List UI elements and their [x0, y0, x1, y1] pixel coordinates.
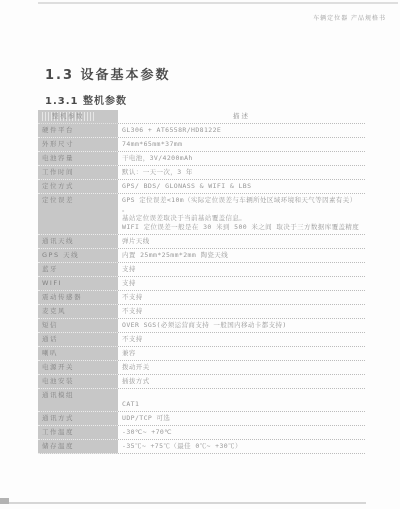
- param-label: 电池安装: [38, 375, 118, 389]
- spec-header-desc-cell: 描述: [118, 110, 365, 124]
- param-label: 喇叭: [38, 347, 118, 361]
- param-value: 拨动开关: [118, 361, 365, 375]
- param-value: GPS 定位误差<10m（实际定位误差与车辆所处区域环境和天气等因素有关）。基站…: [118, 194, 365, 235]
- spec-row: 定位误差GPS 定位误差<10m（实际定位误差与车辆所处区域环境和天气等因素有关…: [38, 194, 365, 235]
- spec-row: 外形尺寸74mm*65mm*37mm: [38, 138, 365, 152]
- spec-row: 通讯天线弹片天线: [38, 235, 365, 249]
- param-value: OVER SGS(必须运营商支持 一般国内移动卡都支持): [118, 319, 365, 333]
- spec-table-body: 硬件平台GL306 + AT6558R/HD8122E外形尺寸74mm*65mm…: [38, 124, 365, 454]
- param-label: 蓝牙: [38, 263, 118, 277]
- param-value: UDP/TCP 可选: [118, 412, 365, 426]
- param-value-line: [122, 391, 361, 400]
- param-value-line: GL306 + AT6558R/HD8122E: [122, 126, 361, 135]
- param-label: 硬件平台: [38, 124, 118, 138]
- param-label: 短信: [38, 319, 118, 333]
- param-value: GPS/ BDS/ GLONASS & WIFI & LBS: [118, 180, 365, 194]
- param-value-line: 74mm*65mm*37mm: [122, 140, 361, 149]
- document-header-title: 车辆定位器 产品规格书: [313, 13, 386, 22]
- param-value: -35℃~ +75℃（最佳 0℃~ +30℃）: [118, 440, 365, 454]
- param-value: 支持: [118, 263, 365, 277]
- param-value: 不支持: [118, 291, 365, 305]
- param-value-line: 不支持: [122, 307, 361, 316]
- param-value-line: -30℃~ +70℃: [122, 428, 361, 437]
- param-value-line: 不支持: [122, 335, 361, 344]
- param-label: WIFI: [38, 277, 118, 291]
- param-value-line: 基站定位误差取决于当前基站覆盖信息。: [122, 214, 361, 223]
- section-heading: 1.3 设备基本参数: [45, 64, 171, 83]
- param-label: 通讯天线: [38, 235, 118, 249]
- param-label: 通讯模组: [38, 389, 118, 412]
- spec-row: 工作温度-30℃~ +70℃: [38, 426, 365, 440]
- param-value: 插拔方式: [118, 375, 365, 389]
- param-value: GL306 + AT6558R/HD8122E: [118, 124, 365, 138]
- spec-header-row: 整机参数 描述: [38, 110, 365, 124]
- param-label: 震动传感器: [38, 291, 118, 305]
- param-label: 工作时间: [38, 166, 118, 180]
- param-value: 74mm*65mm*37mm: [118, 138, 365, 152]
- spec-row: 电池安装插拔方式: [38, 375, 365, 389]
- param-value-line: GPS/ BDS/ GLONASS & WIFI & LBS: [122, 182, 361, 191]
- param-value-line: 拨动开关: [122, 363, 361, 372]
- param-value: CAT1: [118, 389, 365, 412]
- spec-header-param-cell: 整机参数: [38, 110, 118, 124]
- spec-row: 蓝牙支持: [38, 263, 365, 277]
- param-value: 默认：一天一次，3 年: [118, 166, 365, 180]
- spec-row: 储存温度-35℃~ +75℃（最佳 0℃~ +30℃）: [38, 440, 365, 454]
- param-label: 定位误差: [38, 194, 118, 235]
- param-label: 工作温度: [38, 426, 118, 440]
- param-value: -30℃~ +70℃: [118, 426, 365, 440]
- footer-rule: [0, 502, 366, 504]
- param-value: 内置 25mm*25mm*2mm 陶瓷天线: [118, 249, 365, 263]
- param-value: 干电池，3V/4200mAh: [118, 152, 365, 166]
- param-value-line: 干电池，3V/4200mAh: [122, 154, 361, 163]
- subsection-heading: 1.3.1 整机参数: [45, 92, 127, 107]
- spec-row: 通话不支持: [38, 333, 365, 347]
- param-value-line: OVER SGS(必须运营商支持 一般国内移动卡都支持): [122, 321, 361, 330]
- spec-row: 电源开关拨动开关: [38, 361, 365, 375]
- spec-row: 震动传感器不支持: [38, 291, 365, 305]
- spec-row: 通讯模组 CAT1: [38, 389, 365, 412]
- spec-header-param-label: 整机参数: [42, 112, 94, 121]
- param-value: 不支持: [118, 305, 365, 319]
- param-label: 外形尺寸: [38, 138, 118, 152]
- footer-mark: [0, 498, 9, 504]
- spec-row: 喇叭兼容: [38, 347, 365, 361]
- document-page: 车辆定位器 产品规格书 1.3 设备基本参数 1.3.1 整机参数 整机参数 描…: [0, 0, 400, 509]
- param-label: 定位方式: [38, 180, 118, 194]
- param-label: 电源开关: [38, 361, 118, 375]
- param-label: 麦克风: [38, 305, 118, 319]
- param-value: 不支持: [118, 333, 365, 347]
- spec-row: GPS 天线内置 25mm*25mm*2mm 陶瓷天线: [38, 249, 365, 263]
- spec-row: 短信OVER SGS(必须运营商支持 一般国内移动卡都支持): [38, 319, 365, 333]
- param-value-line: 弹片天线: [122, 237, 361, 246]
- spec-row: 电池容量干电池，3V/4200mAh: [38, 152, 365, 166]
- param-value-line: CAT1: [122, 400, 361, 409]
- spec-row: 麦克风不支持: [38, 305, 365, 319]
- param-value-line: 。: [122, 205, 361, 214]
- param-value-line: 默认：一天一次，3 年: [122, 168, 361, 177]
- param-value-line: UDP/TCP 可选: [122, 414, 361, 423]
- param-value: 支持: [118, 277, 365, 291]
- param-value: 兼容: [118, 347, 365, 361]
- spec-table: 整机参数 描述 硬件平台GL306 + AT6558R/HD8122E外形尺寸7…: [38, 110, 365, 454]
- param-value-line: -35℃~ +75℃（最佳 0℃~ +30℃）: [122, 442, 361, 451]
- param-value-line: 兼容: [122, 349, 361, 358]
- spec-row: WIFI支持: [38, 277, 365, 291]
- spec-row: 定位方式GPS/ BDS/ GLONASS & WIFI & LBS: [38, 180, 365, 194]
- spec-row: 工作时间默认：一天一次，3 年: [38, 166, 365, 180]
- param-value-line: 支持: [122, 265, 361, 274]
- param-value-line: 内置 25mm*25mm*2mm 陶瓷天线: [122, 251, 361, 260]
- param-label: 电池容量: [38, 152, 118, 166]
- param-value-line: 不支持: [122, 293, 361, 302]
- spec-table-header: 整机参数 描述: [38, 110, 365, 124]
- param-value-line: 支持: [122, 279, 361, 288]
- param-label: 通讯方式: [38, 412, 118, 426]
- param-label: 储存温度: [38, 440, 118, 454]
- header-rule: [38, 2, 398, 4]
- param-value-line: 插拔方式: [122, 377, 361, 386]
- spec-row: 通讯方式UDP/TCP 可选: [38, 412, 365, 426]
- param-label: 通话: [38, 333, 118, 347]
- param-value: 弹片天线: [118, 235, 365, 249]
- param-value-line: WIFI 定位误差一般是在 30 米到 500 米之间 取决于三方数据库覆盖精度: [122, 223, 361, 232]
- spec-row: 硬件平台GL306 + AT6558R/HD8122E: [38, 124, 365, 138]
- param-value-line: GPS 定位误差<10m（实际定位误差与车辆所处区域环境和天气等因素有关）: [122, 196, 361, 205]
- param-label: GPS 天线: [38, 249, 118, 263]
